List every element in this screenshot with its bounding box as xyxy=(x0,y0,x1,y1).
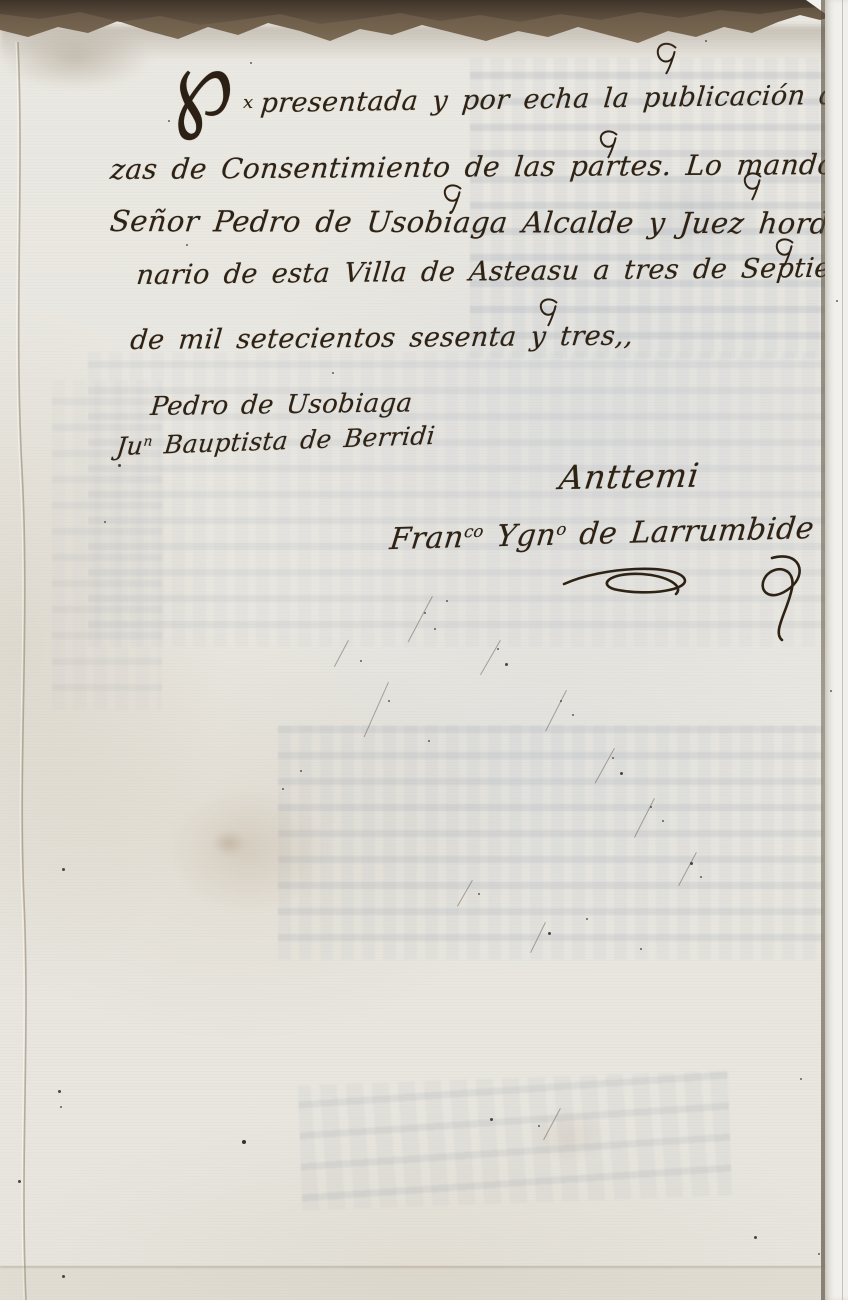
pen-stroke-mark xyxy=(634,798,655,838)
signature-pedro-de-usobiaga: Pedro de Usobiaga xyxy=(149,388,413,422)
ink-speck xyxy=(505,663,508,666)
manuscript-page: ℘ x presentada y por echa la publicación… xyxy=(0,0,848,1300)
deckle-shadow xyxy=(0,26,848,60)
pen-stroke-mark xyxy=(408,596,433,642)
signature-juan-bauptista-de-berridi: Jun Bauptista de Berridi xyxy=(115,421,437,461)
signature-rubric-flourish xyxy=(556,552,816,647)
ink-speck xyxy=(360,660,362,662)
bleedthrough-left-margin xyxy=(52,380,162,710)
ink-speck xyxy=(586,918,588,920)
ink-speck xyxy=(18,1180,21,1183)
ink-speck xyxy=(168,120,170,122)
ink-speck xyxy=(58,1090,61,1093)
ink-speck xyxy=(300,770,302,772)
body-line-2: zas de Consentimiento de las partes. Lo … xyxy=(109,148,848,186)
opening-initial-flourish: ℘ xyxy=(158,30,241,136)
brown-stain xyxy=(168,788,328,913)
ink-speck xyxy=(428,740,430,742)
ink-speck xyxy=(548,932,551,935)
ink-speck xyxy=(104,521,106,523)
ink-speck xyxy=(620,772,623,775)
ink-speck xyxy=(60,1106,62,1108)
ink-speck xyxy=(434,628,436,630)
bleedthrough-bottom-writing xyxy=(298,1071,732,1211)
ink-speck xyxy=(800,1078,802,1080)
paper-texture xyxy=(0,0,848,1300)
signature2-rest: Bauptista de Berridi xyxy=(151,421,437,460)
body-line-5: de mil setecientos sesenta y tres,, xyxy=(129,321,635,356)
pen-stroke-mark xyxy=(480,640,501,675)
body-line-3: Señor Pedro de Usobiaga Alcalde y Juez h… xyxy=(108,204,848,241)
ink-speck xyxy=(612,757,614,759)
pen-stroke-mark xyxy=(543,1108,561,1140)
ink-speck xyxy=(62,868,65,871)
signature3-rest: de Larrumbide xyxy=(564,511,816,553)
pen-stroke-mark xyxy=(364,682,389,737)
pen-stroke-mark xyxy=(678,852,697,886)
ink-speck xyxy=(700,876,702,878)
ink-speck xyxy=(705,40,707,42)
pen-stroke-mark xyxy=(457,880,473,906)
abbreviation-curl-1 xyxy=(652,40,682,76)
signature2-prefix: Ju xyxy=(115,431,145,461)
ink-speck xyxy=(818,1253,820,1255)
opening-superscript: x xyxy=(243,92,253,113)
ink-speck xyxy=(754,1236,757,1239)
ink-speck xyxy=(250,62,252,64)
bottom-smudge xyxy=(528,1108,608,1163)
attestation-ante-mi: Anttemi xyxy=(557,456,702,498)
bottom-edge-band xyxy=(0,1268,825,1300)
ink-speck xyxy=(424,612,426,614)
signature3-superscript-1: co xyxy=(463,522,484,542)
ink-speck xyxy=(572,714,574,716)
ink-speck xyxy=(446,600,448,602)
signature3-middle: Ygn xyxy=(481,518,558,555)
body-line-4: nario de esta Villa de Asteasu a tres de… xyxy=(135,252,848,291)
ink-speck xyxy=(282,788,284,790)
small-stain xyxy=(212,830,246,856)
underlying-page-edge-line xyxy=(842,0,843,1300)
ink-speck xyxy=(640,948,642,950)
ink-speck xyxy=(490,1118,493,1121)
ink-speck xyxy=(478,893,480,895)
pen-stroke-mark xyxy=(334,640,349,667)
ink-speck xyxy=(538,1125,540,1127)
top-left-smudge xyxy=(0,28,150,88)
ink-speck xyxy=(332,372,334,374)
pen-stroke-mark xyxy=(545,690,567,731)
bleedthrough-lower xyxy=(278,725,823,960)
ink-speck xyxy=(650,806,652,808)
ink-speck xyxy=(560,700,562,702)
pen-stroke-mark xyxy=(595,748,615,783)
body-line-1: presentada y por echa la publicación de … xyxy=(259,78,848,119)
ink-speck xyxy=(497,648,499,650)
ink-speck xyxy=(690,862,693,865)
ink-speck xyxy=(186,244,188,246)
pen-stroke-mark xyxy=(530,922,546,953)
left-fold-crease xyxy=(0,0,60,1300)
ink-speck xyxy=(242,1140,246,1144)
ink-speck xyxy=(662,820,664,822)
signature3-prefix: Fran xyxy=(388,520,466,557)
ink-speck xyxy=(118,464,121,467)
signature-francisco-ignacio-de-larrumbide: Franco Ygno de Larrumbide xyxy=(388,511,816,557)
underlying-page-strip xyxy=(825,0,848,1300)
ink-speck xyxy=(388,700,390,702)
